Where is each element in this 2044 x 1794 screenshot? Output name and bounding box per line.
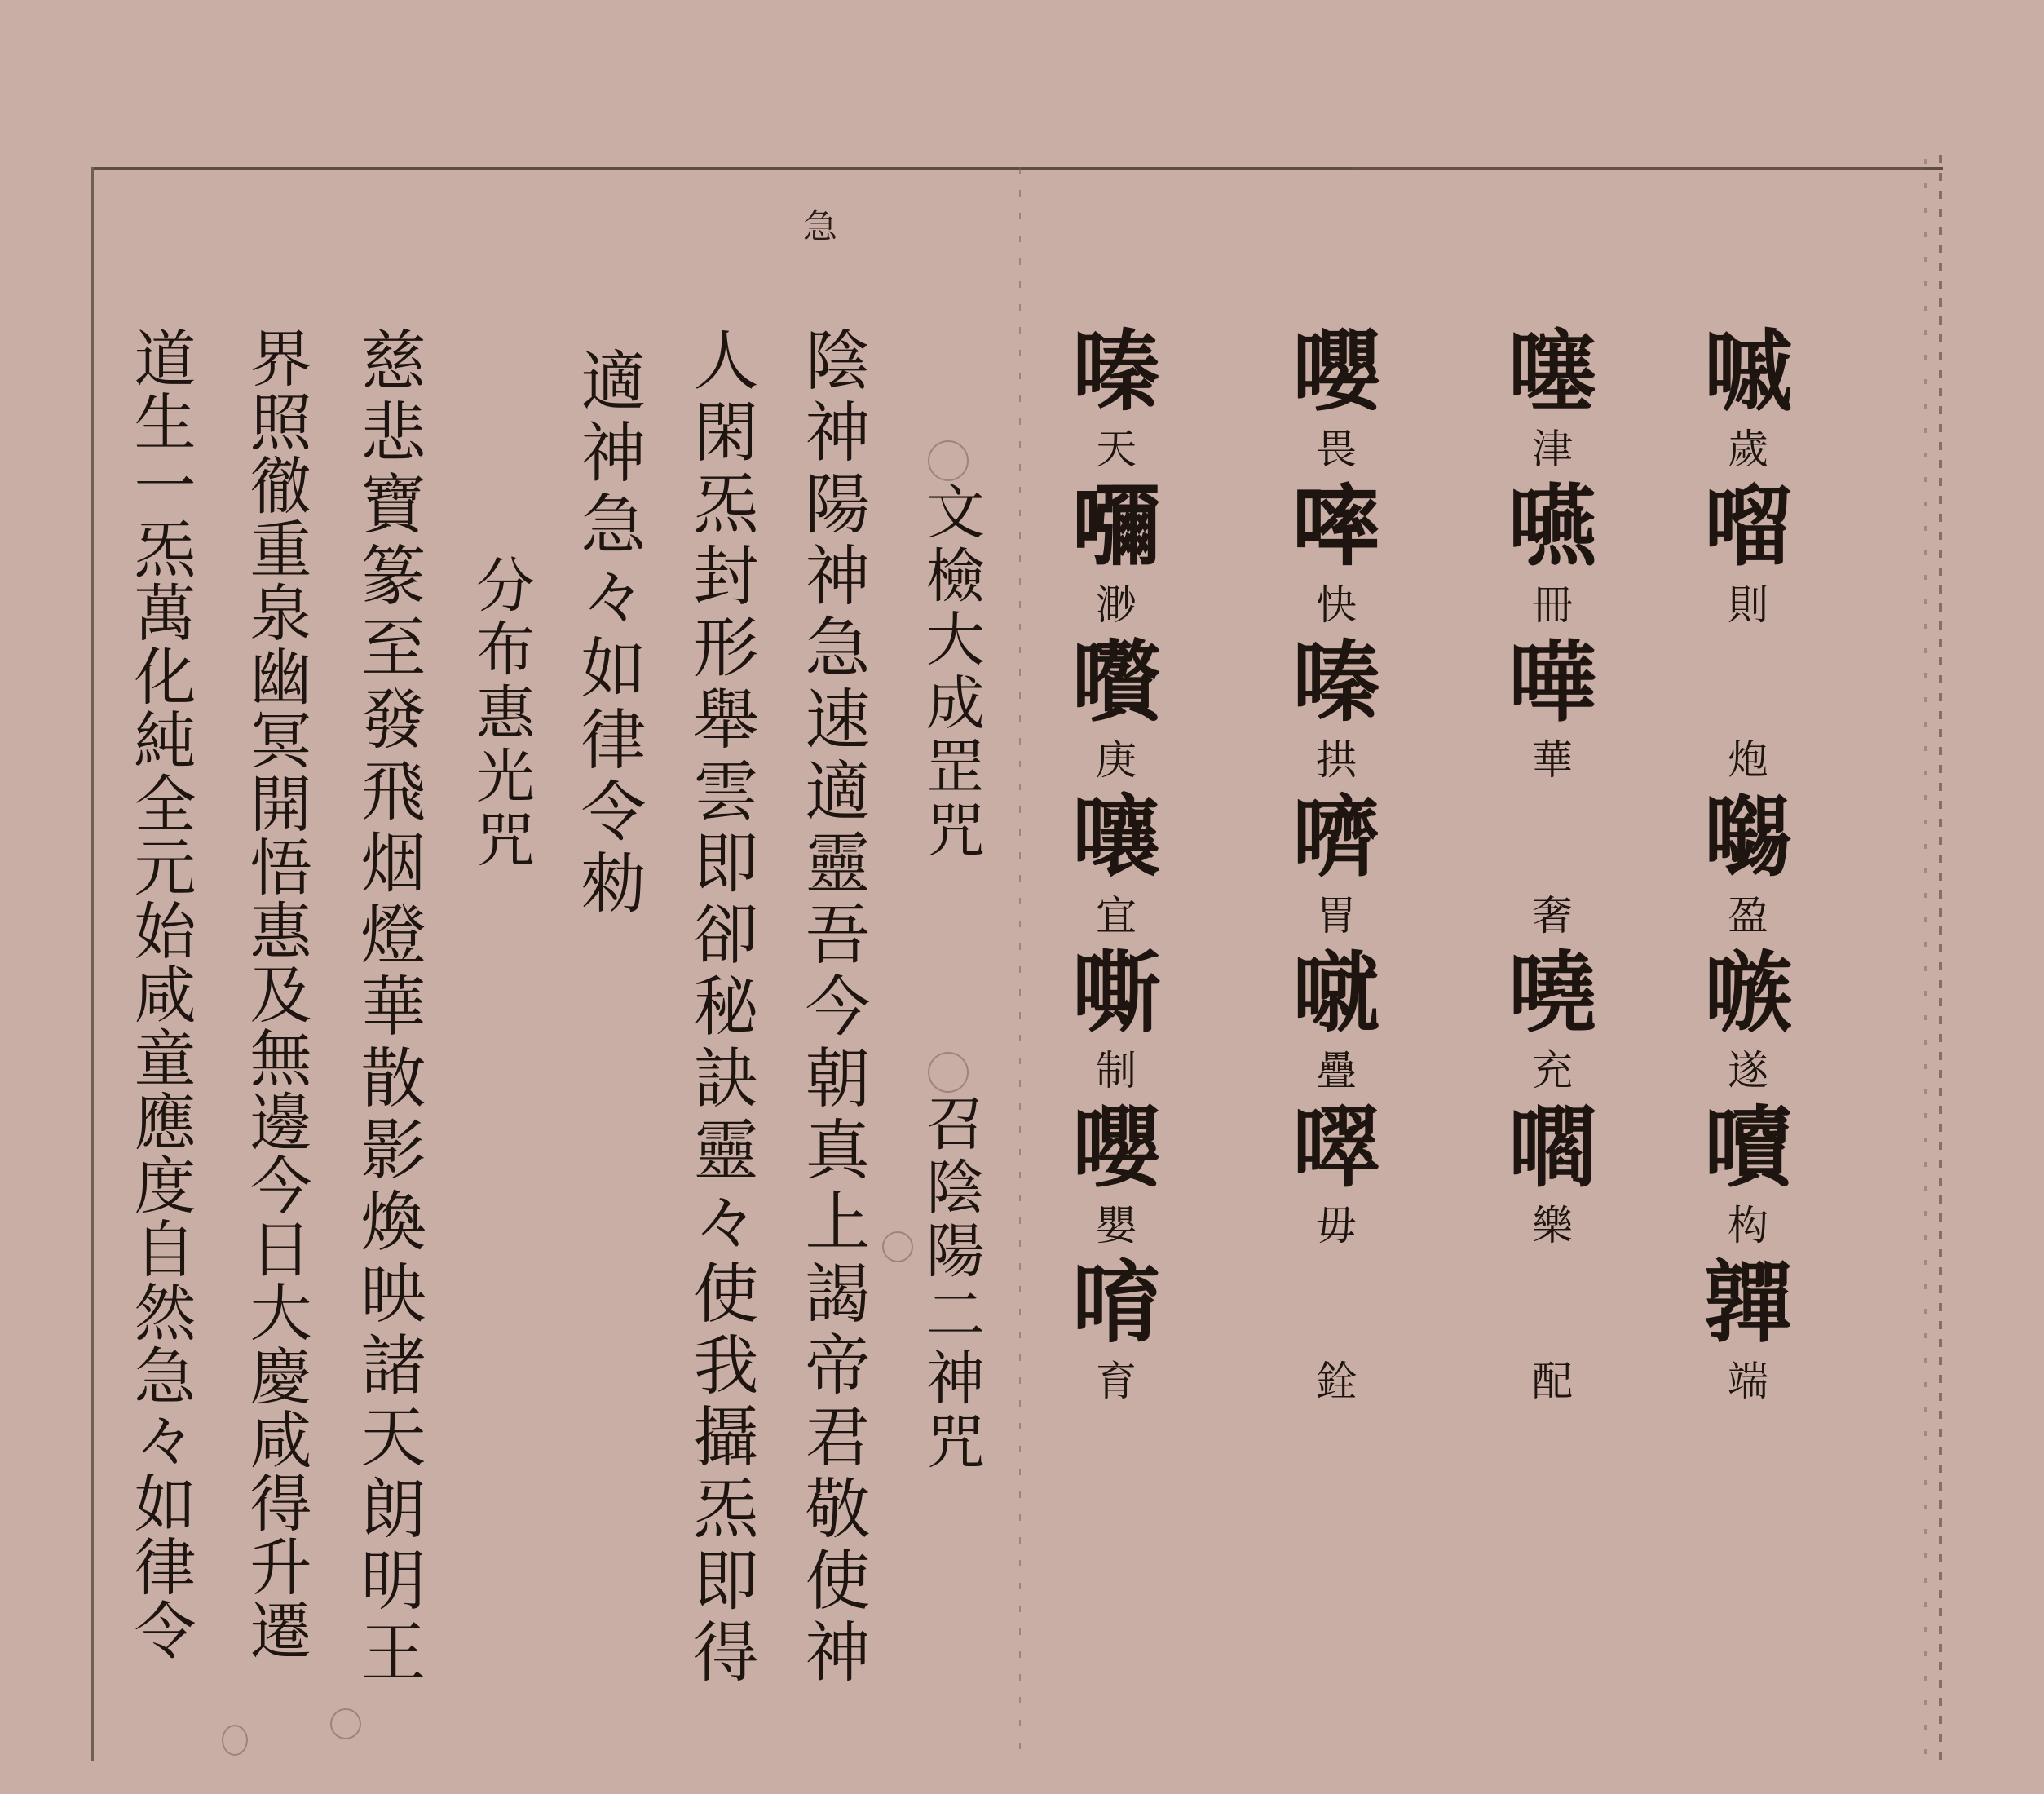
gloss: 盈 <box>1728 890 1768 943</box>
gloss: 充 <box>1532 1045 1573 1098</box>
gloss: 拱 <box>1316 734 1357 787</box>
gloss: 快 <box>1316 579 1357 632</box>
gloss: 天 <box>1096 423 1137 476</box>
gloss: 疊 <box>1316 1045 1357 1098</box>
right-inner-rule <box>1924 159 1927 1757</box>
gloss: 畏 <box>1316 423 1357 476</box>
right-rule <box>1939 155 1942 1761</box>
text-column: 陰神陽神急速適靈吾今朝真上謁帝君敬使神 <box>799 326 864 1690</box>
glyph: 嚶 <box>1072 1102 1160 1195</box>
center-fold <box>1019 167 1021 1749</box>
section-title-fenbu: 分布惠光咒 <box>471 555 530 873</box>
glyph: 嘩 <box>1508 637 1596 729</box>
glyph: 嘵 <box>1508 948 1596 1040</box>
text-column: 人閑炁封形舉雲即卻秘訣靈々使我攝炁即得 <box>687 326 753 1690</box>
glyph: 嚲 <box>1704 1257 1792 1350</box>
section-title-zhao-yinyang: 召陰陽二神咒 <box>921 1093 980 1474</box>
glyph: 嚽 <box>1072 637 1160 729</box>
gloss: 歲 <box>1728 423 1768 476</box>
gloss: 樂 <box>1532 1200 1573 1253</box>
section-title-wenjian: 文檢大成罡咒 <box>921 481 980 863</box>
gloss: 冊 <box>1532 579 1573 632</box>
glyph: 𡄣 <box>1072 481 1160 573</box>
glyph: 嘁 <box>1704 326 1792 418</box>
glyph: 嚪 <box>1508 1102 1596 1195</box>
glyph: 嚌 <box>1292 792 1380 884</box>
gloss-column-1: 嘁 歲 𠺕 則 𠽬 炮 𡃶 盈 嗾 遂 𡂝 构 嚲 端 <box>1704 326 1792 1413</box>
glyph: 嘶 <box>1072 948 1160 1040</box>
text-column: 界照徹重泉幽冥開悟惠及無邊今日大慶咸得升遷 <box>245 326 307 1662</box>
gloss-column-4: 嗪 天 𡄣 渺 嚽 庚 嚷 宜 嘶 制 嚶 嬰 唷 育 <box>1072 326 1160 1413</box>
gloss: 端 <box>1728 1355 1768 1408</box>
gloss: 遂 <box>1728 1045 1768 1098</box>
glyph: 嚷 <box>1072 792 1160 884</box>
page-header-char: 急 <box>803 200 837 249</box>
gloss: 制 <box>1096 1045 1137 1098</box>
gloss-column-2: 噻 津 嚥 冊 嘩 華 𡄔 奢 嘵 充 嚪 樂 𡀌 配 <box>1508 326 1596 1413</box>
punctuation-circle <box>222 1725 248 1756</box>
glyph: 嗪 <box>1072 326 1160 418</box>
glyph: 噈 <box>1292 948 1380 1040</box>
text-column: 道生一炁萬化純全元始咸童應度自然急々如律令 <box>129 326 191 1662</box>
glyph: 𠺕 <box>1704 481 1792 573</box>
gloss: 銓 <box>1316 1355 1357 1408</box>
glyph: 𡂝 <box>1704 1102 1792 1195</box>
punctuation-circle <box>882 1231 913 1262</box>
gloss: 渺 <box>1096 579 1137 632</box>
text-column: 適神急々如律令勑 <box>575 347 640 921</box>
glyph: 嚶 <box>1292 326 1380 418</box>
glyph: 嗾 <box>1704 948 1792 1040</box>
gloss: 嬰 <box>1096 1200 1137 1253</box>
glyph: 唷 <box>1072 1257 1160 1350</box>
left-rule <box>91 167 94 1761</box>
gloss: 津 <box>1532 423 1573 476</box>
text-column: 慈悲寶篆至發飛烟燈華散影煥映諸天朗明王 <box>355 326 420 1690</box>
gloss: 奢 <box>1532 890 1573 943</box>
punctuation-circle <box>928 440 969 481</box>
glyph: 嚥 <box>1508 481 1596 573</box>
gloss: 則 <box>1728 579 1768 632</box>
glyph: 噿 <box>1292 1102 1380 1195</box>
gloss: 毋 <box>1316 1200 1357 1253</box>
top-rule-faded <box>1353 167 1924 170</box>
gloss: 炮 <box>1728 734 1768 787</box>
glyph: 嗪 <box>1292 637 1380 729</box>
gloss: 配 <box>1532 1355 1573 1408</box>
glyph: 𠻜 <box>1292 481 1380 573</box>
punctuation-circle <box>928 1052 969 1093</box>
punctuation-circle <box>330 1708 361 1739</box>
glyph: 噻 <box>1508 326 1596 418</box>
gloss: 育 <box>1096 1355 1137 1408</box>
gloss-column-3: 嚶 畏 𠻜 快 嗪 拱 嚌 胃 噈 疊 噿 毋 𡅊 銓 <box>1292 326 1380 1413</box>
gloss: 華 <box>1532 734 1573 787</box>
gloss: 宜 <box>1096 890 1137 943</box>
glyph: 𡃶 <box>1704 792 1792 884</box>
gloss: 胃 <box>1316 890 1357 943</box>
gloss: 构 <box>1728 1200 1768 1253</box>
gloss: 庚 <box>1096 734 1137 787</box>
